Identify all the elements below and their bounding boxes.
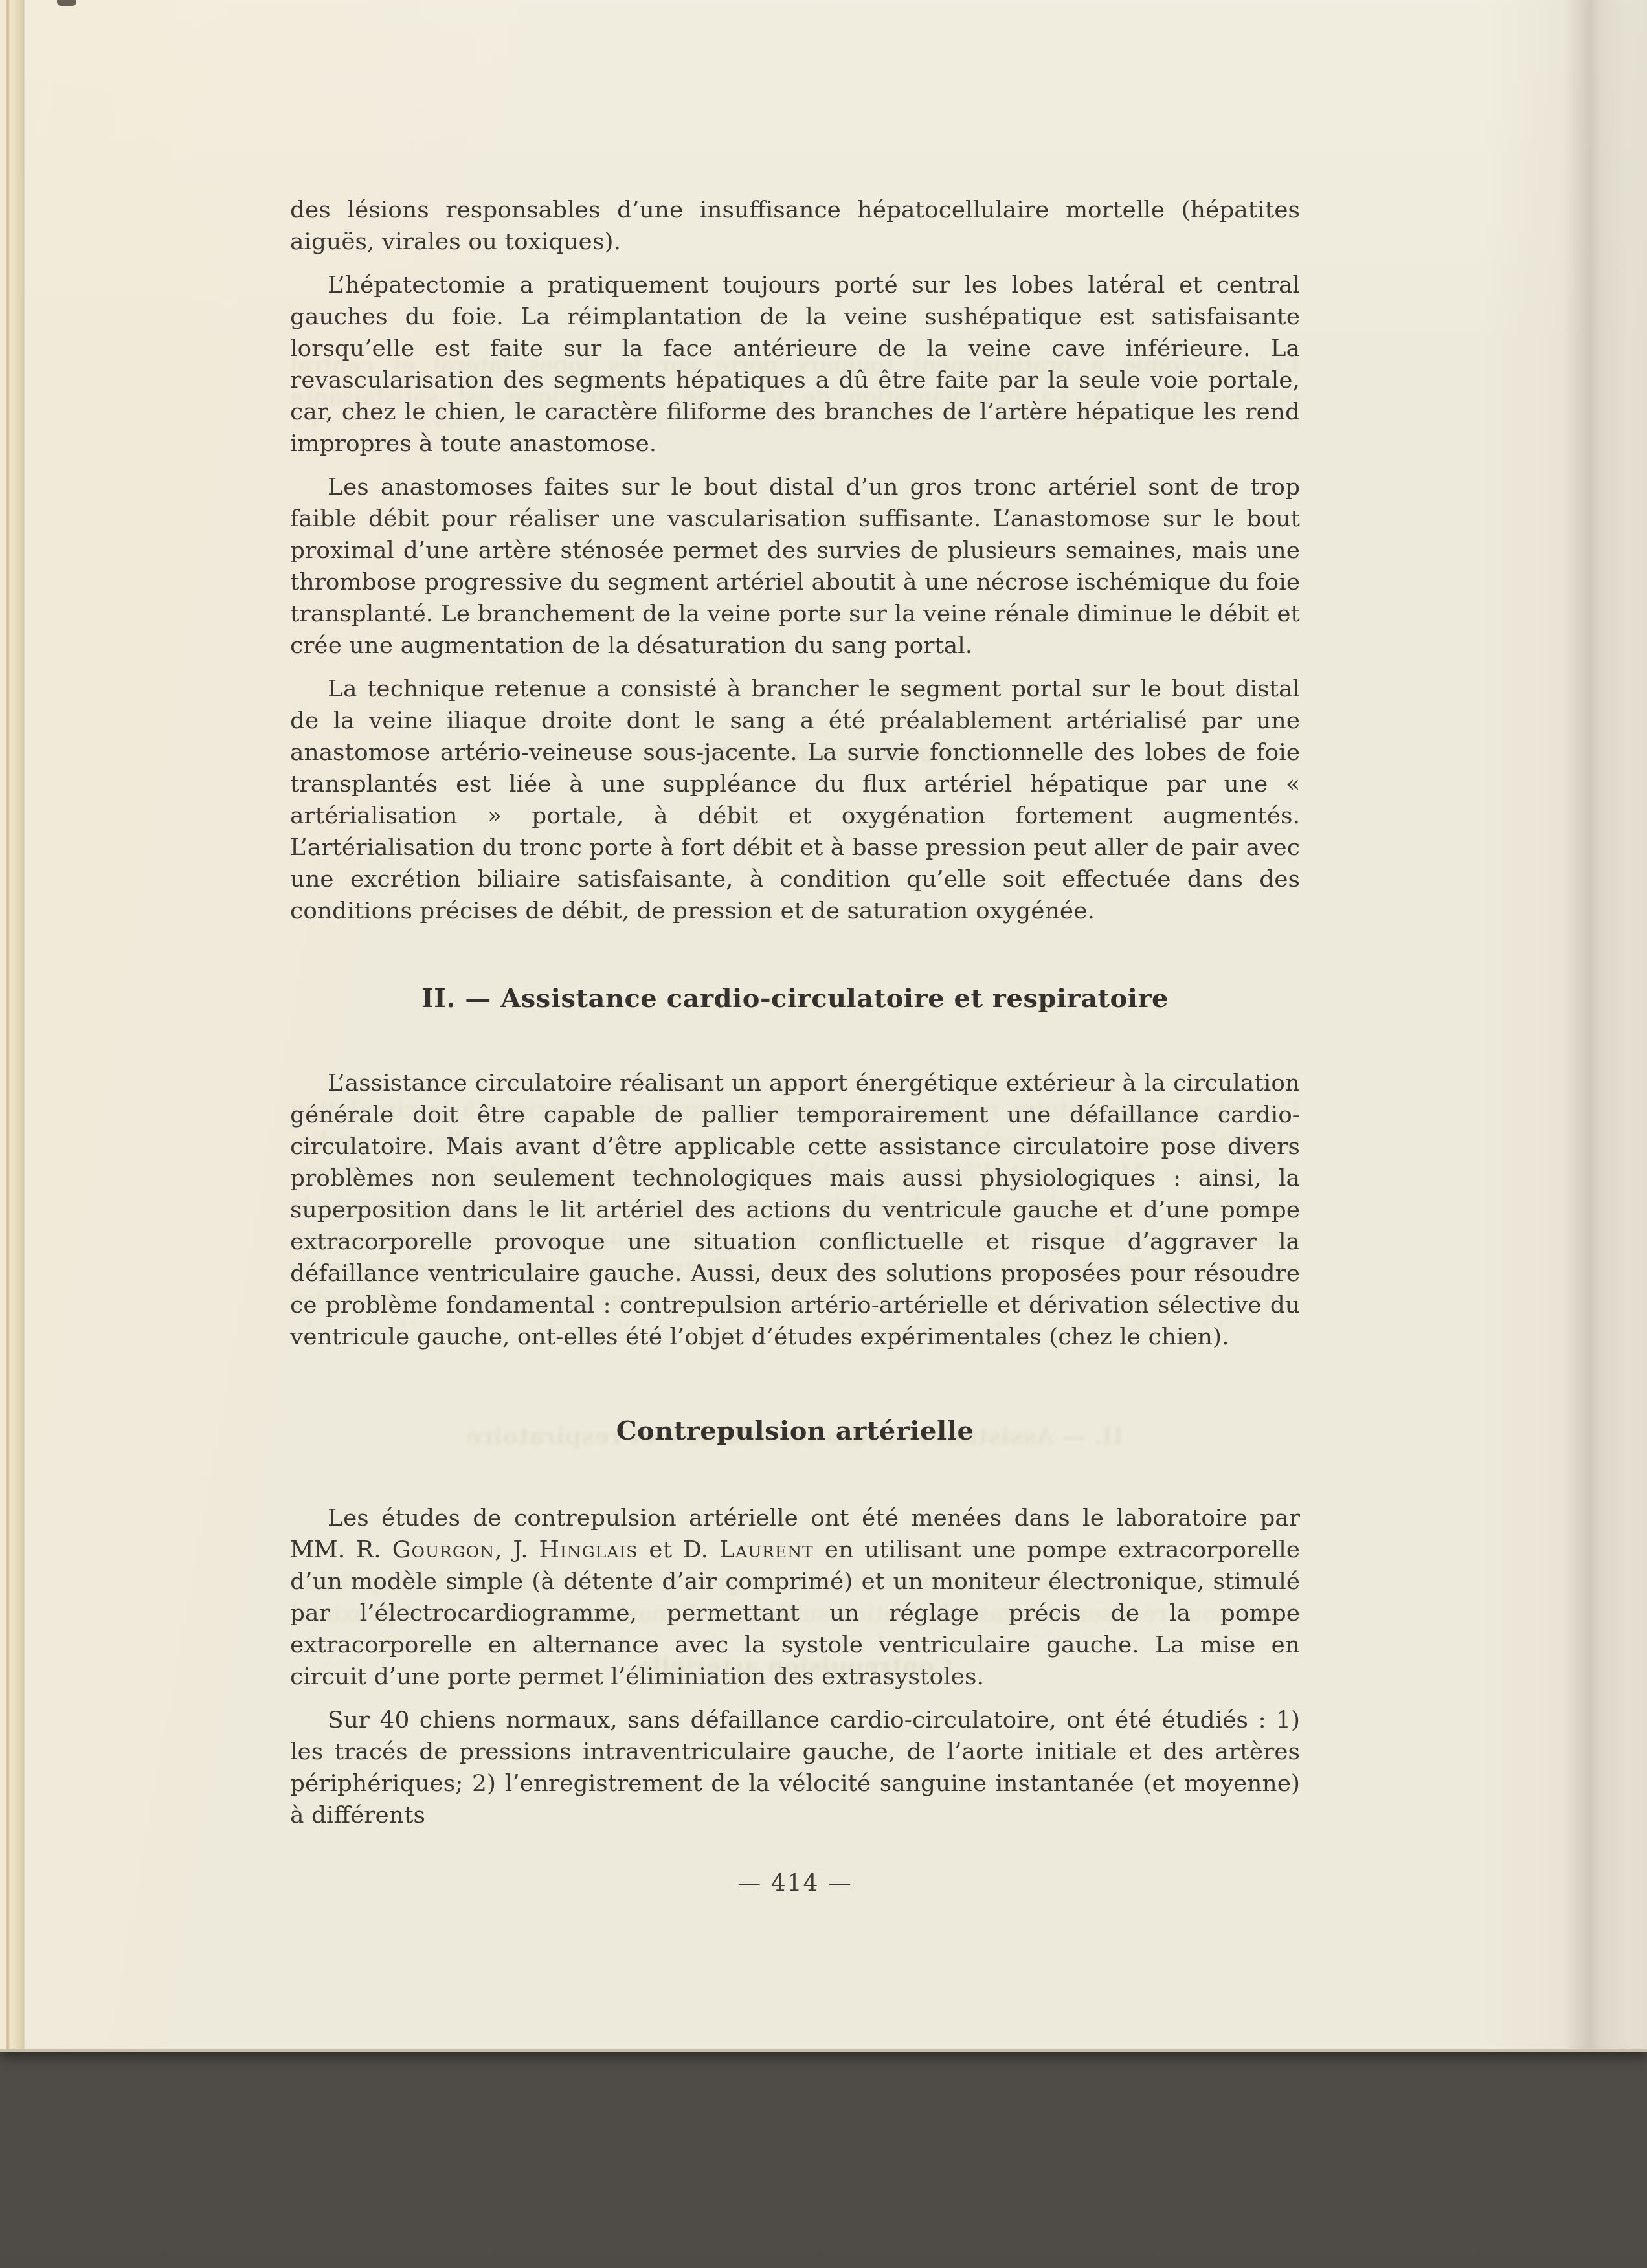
paragraph-chiens: Sur 40 chiens normaux, sans défaillance …: [290, 1704, 1300, 1831]
paragraph-etudes-text: et D.: [638, 1537, 719, 1563]
scanned-page: L’hépatectomie a pratiquement toujours p…: [0, 0, 1647, 2268]
text-column: des lésions responsables d’une insuffisa…: [290, 0, 1300, 1899]
page-edge-strip: [0, 0, 25, 2049]
section-heading: II. — Assistance cardio-circulatoire et …: [290, 983, 1300, 1014]
subsection-heading: Contrepulsion artérielle: [290, 1415, 1300, 1447]
author-name: Laurent: [719, 1537, 814, 1563]
paragraph-assistance: L’assistance circulatoire réalisant un a…: [290, 1067, 1300, 1353]
paragraph-etudes-text: , J.: [495, 1537, 539, 1563]
paragraph-technique: La technique retenue a consisté à branch…: [290, 673, 1300, 927]
paragraph-hepatectomie: L’hépatectomie a pratiquement toujours p…: [290, 269, 1300, 460]
paragraph-continuation: des lésions responsables d’une insuffisa…: [290, 194, 1300, 258]
author-name: Hinglais: [539, 1537, 638, 1563]
page-number: — 414 —: [290, 1867, 1300, 1899]
paragraph-etudes: Les études de contrepulsion artérielle o…: [290, 1502, 1300, 1693]
page-crease-shadow: [1563, 0, 1628, 2049]
author-name: Gourgon: [392, 1537, 495, 1563]
paragraph-anastomoses: Les anastomoses faites sur le bout dista…: [290, 471, 1300, 661]
scan-artifact: [57, 0, 76, 6]
